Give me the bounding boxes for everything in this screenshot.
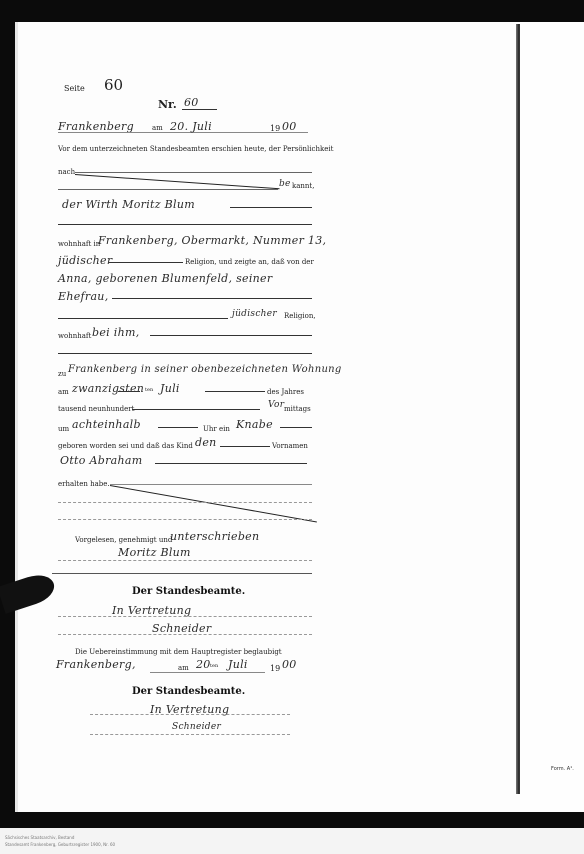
register-page [15,22,520,812]
wohnhaft2-label: wohnhaft [58,332,91,340]
vorgelesen-text: Vorgelesen, genehmigt und [75,536,172,544]
wohnhaft-label: wohnhaft in [58,240,100,248]
form-label: Form. A¹. [551,766,574,772]
declarant: der Wirth Moritz Blum [62,198,195,211]
am-label-2: am [58,388,69,396]
cert-place: Frankenberg, [56,658,136,671]
des-jahres: des Jahres [267,388,304,396]
page-label: Seite [64,84,85,93]
residence: Frankenberg, Obermarkt, Nummer 13, [98,234,326,247]
uhr-ein: Uhr ein [203,425,230,433]
mother-religion-hw: jüdischer [232,309,277,319]
year-suffix: 00 [282,120,297,133]
line [280,427,312,428]
entry-underline [182,109,217,110]
line [158,427,198,428]
vornamen-label: Vornamen [272,442,308,450]
birth-place: Frankenberg in seiner obenbezeichneten W… [68,364,342,375]
separator [52,573,312,574]
line [58,519,312,520]
child-sex: Knabe [236,418,273,431]
line [90,734,290,735]
facing-page [520,22,584,812]
line [230,207,312,208]
line [150,672,265,673]
cert-ten: ten [210,663,218,669]
standesbeamte-title: Der Standesbeamte. [132,586,245,597]
birth-day: zwanzigsten [72,382,144,395]
standesbeamte-title-2: Der Standesbeamte. [132,686,245,697]
date-day: 20. Juli [170,120,212,133]
line [220,446,270,447]
cert-day: 20 [196,658,211,671]
geboren-text: geboren worden sei und daß das Kind [58,442,193,450]
line [58,224,312,225]
unterschrieben-hw: unterschrieben [170,530,259,543]
line [58,616,312,617]
entry-number: 60 [184,96,199,109]
cert-year-suffix: 00 [282,658,297,671]
line [58,560,312,561]
line [58,318,228,319]
mother-line2: Ehefrau, [58,290,109,303]
line [58,502,312,503]
nach-line [75,172,312,173]
bekannt-hw: be [279,179,291,189]
line [155,463,307,464]
signature-declarant: Moritz Blum [118,546,191,559]
erhalten-text: erhalten habe. [58,480,110,488]
mother-religion-label: Religion, [284,312,316,320]
year-prefix: 19 [270,124,280,133]
credit-line-2: Standesamt Frankenberg, Geburtsregister … [5,842,115,847]
nach-label: nach [58,168,75,176]
cert-am: am [178,664,189,672]
line [90,714,290,715]
birth-time: achteinhalb [72,418,141,431]
line [132,409,260,410]
am-label: am [152,124,163,132]
religion-hw: jüdischer [58,254,112,267]
ten-label: ten [145,387,153,393]
cert-month: Juli [228,658,248,671]
line [205,391,265,392]
child-names: Otto Abraham [60,454,142,467]
signature-official-2: Schneider [172,722,221,732]
archive-footer: Sächsisches Staatsarchiv, Bestand Stande… [0,828,584,854]
line [58,634,312,635]
certification-text: Die Uebereinstimmung mit dem Hauptregist… [75,648,282,656]
zu-label: zu [58,370,66,378]
line [108,262,183,263]
intro-text: Vor dem unterzeichneten Standesbeamten e… [58,145,333,153]
line [110,484,312,485]
entry-label: Nr. [158,98,177,111]
line [150,335,312,336]
child-article: den [195,436,217,449]
bekannt-text: kannt, [292,182,314,190]
tausend-text: tausend neunhundert [58,405,134,413]
cert-year-prefix: 19 [270,664,280,673]
credit-line-1: Sächsisches Staatsarchiv, Bestand [5,835,74,840]
religion-text: Religion, und zeigte an, daß von der [185,258,314,266]
mittags-label: mittags [284,405,311,413]
line [118,391,140,392]
birth-month: Juli [160,382,180,395]
page-number: 60 [104,76,123,94]
mittags-hw: Vor [268,400,284,410]
um-label: um [58,425,69,433]
line [112,298,312,299]
mother-line1: Anna, geborenen Blumenfeld, seiner [58,272,272,285]
line [58,353,312,354]
line [58,189,278,190]
wohnhaft2: bei ihm, [92,326,140,339]
